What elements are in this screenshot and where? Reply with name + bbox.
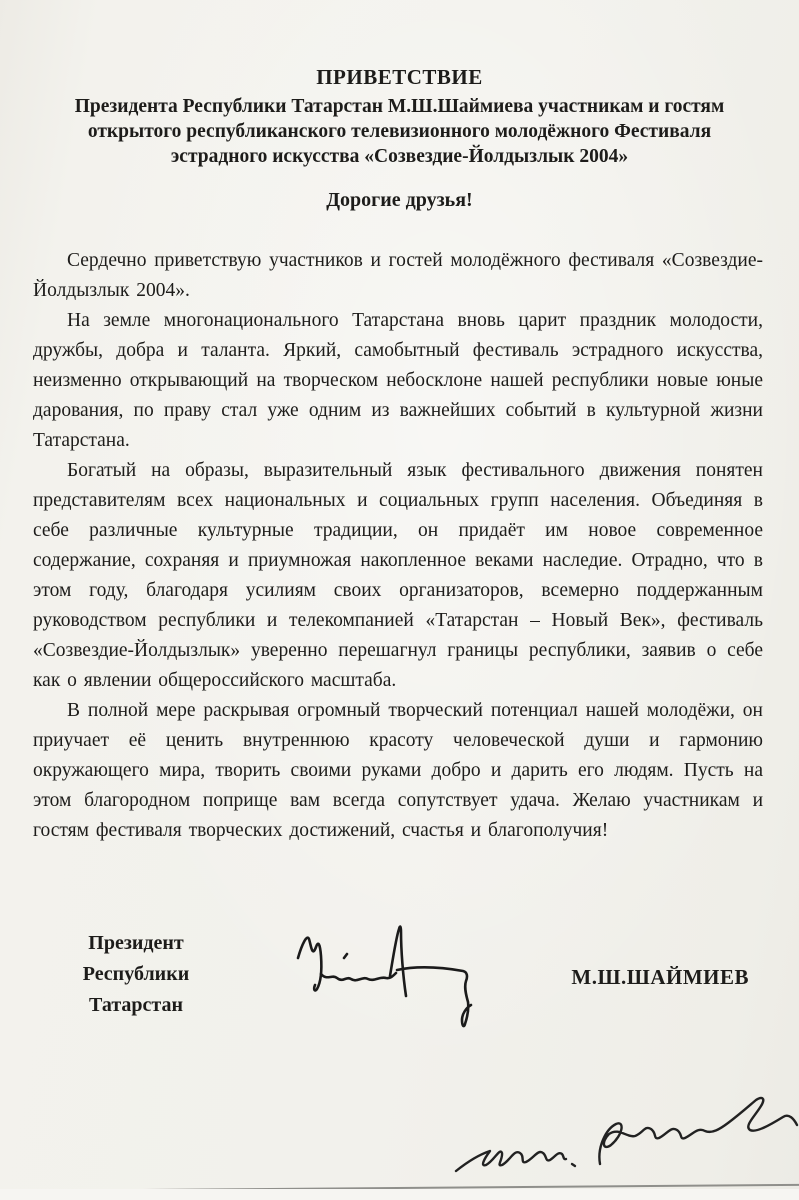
signer-name: М.Ш.ШАЙМИЕВ — [571, 965, 749, 990]
paragraph-4: В полной мере раскрывая огромный творчес… — [33, 696, 763, 846]
signer-position-line-1: Президент — [36, 928, 236, 959]
signer-position-line-2: Республики Татарстан — [36, 959, 236, 1021]
shaimiev-signature-icon — [280, 918, 500, 1048]
signer-position: Президент Республики Татарстан — [36, 928, 236, 1021]
letter-body: Сердечно приветствую участников и гостей… — [0, 246, 799, 846]
heading-line-2: открытого республиканского телевизионног… — [0, 119, 799, 144]
paragraph-1: Сердечно приветствую участников и гостей… — [33, 246, 763, 306]
scan-background-strip — [0, 1189, 799, 1200]
endorsement-signature-icon — [450, 1083, 799, 1193]
salutation: Дорогие друзья! — [0, 188, 799, 212]
scanned-letter-page: ПРИВЕТСТВИЕ Президента Республики Татарс… — [0, 0, 799, 1200]
letter-heading: Президента Республики Татарстан М.Ш.Шайм… — [0, 94, 799, 169]
letter-title: ПРИВЕТСТВИЕ — [0, 0, 799, 90]
paragraph-2: На земле многонационального Татарстана в… — [33, 306, 763, 456]
heading-line-3: эстрадного искусства «Созвездие-Йолдызлы… — [0, 144, 799, 169]
paragraph-3: Богатый на образы, выразительный язык фе… — [33, 456, 763, 696]
heading-line-1: Президента Республики Татарстан М.Ш.Шайм… — [0, 94, 799, 119]
